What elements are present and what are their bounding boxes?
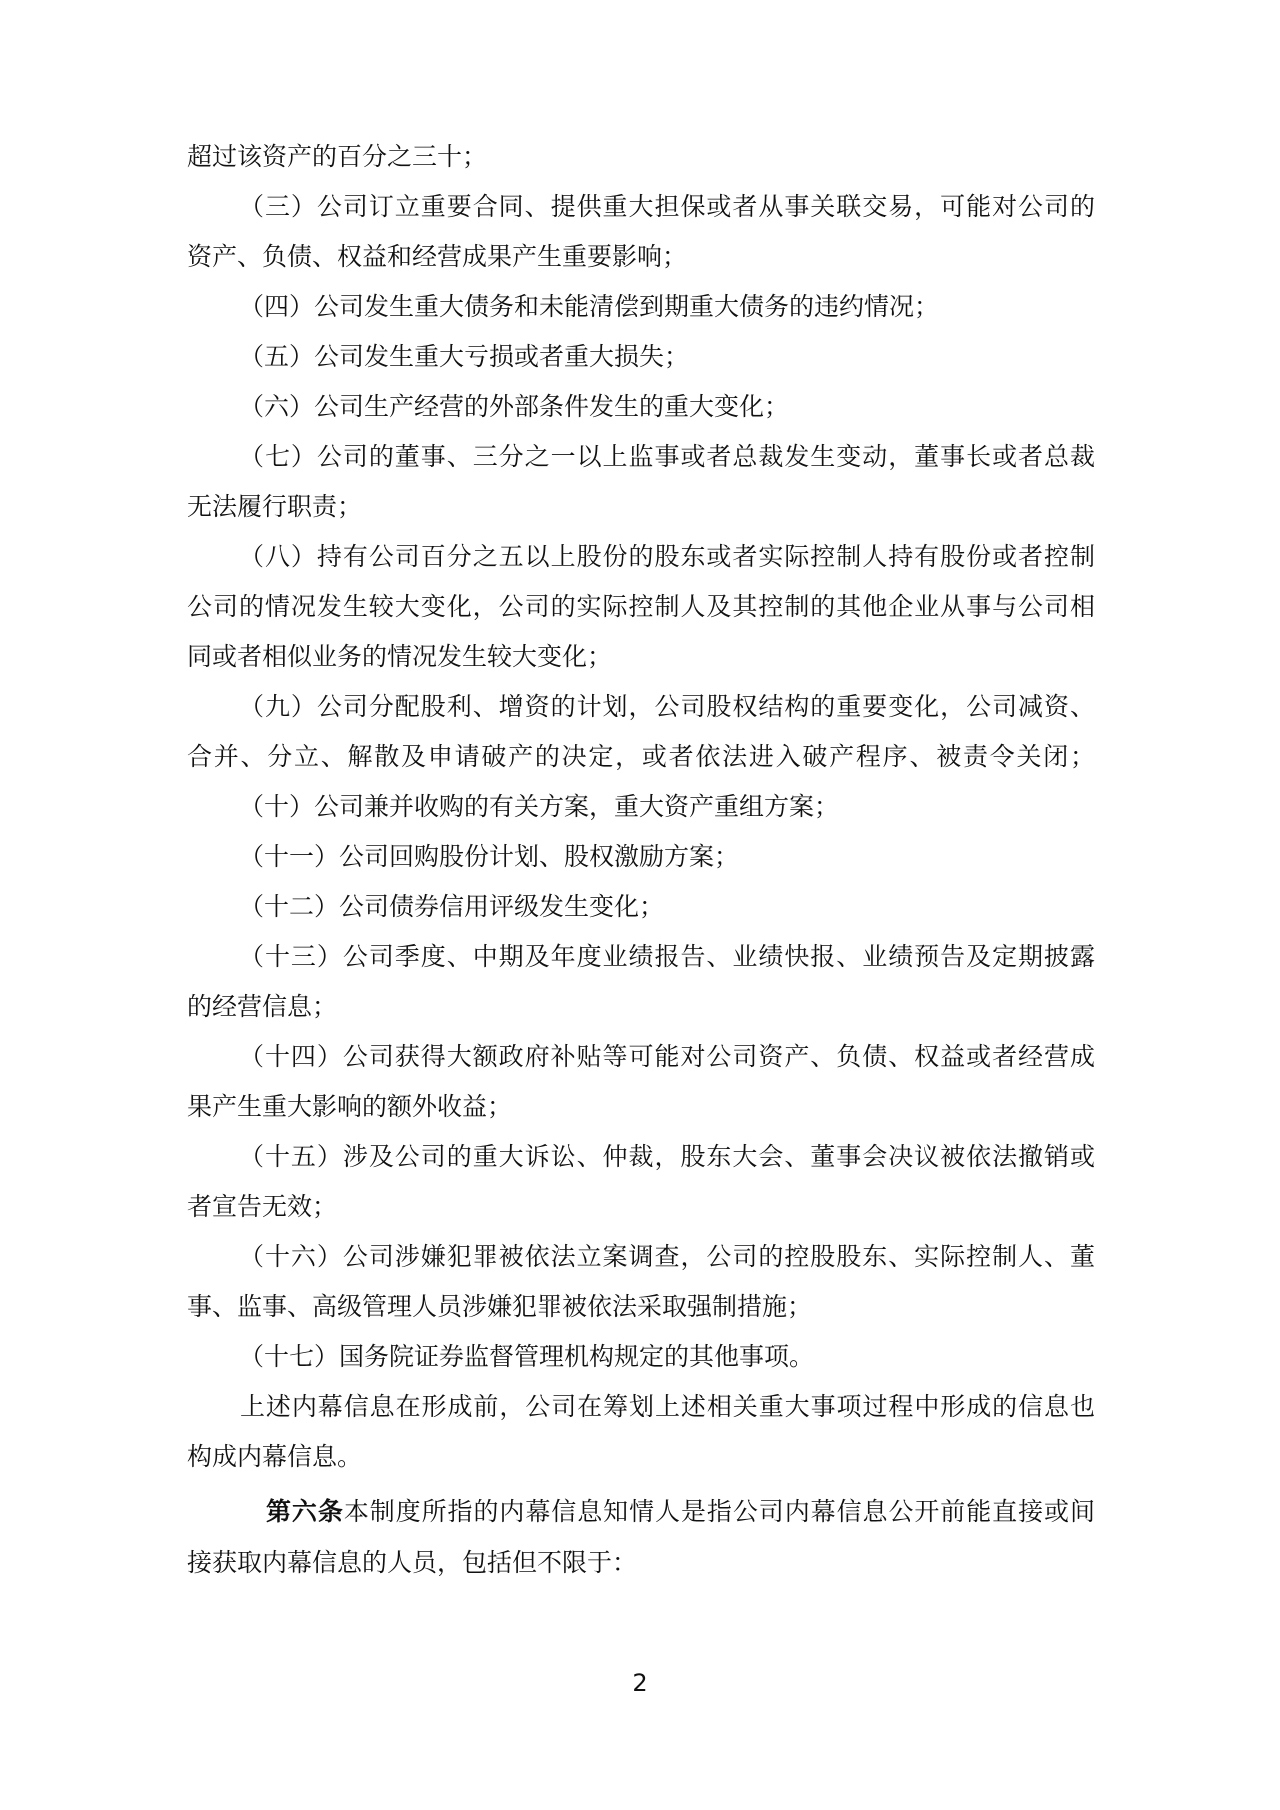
text-line: 同或者相似业务的情况发生较大变化；: [187, 632, 1095, 682]
document-body: 超过该资产的百分之三十；（三）公司订立重要合同、提供重大担保或者从事关联交易，可…: [187, 132, 1095, 1482]
article-6-text-line1: 本制度所指的内幕信息知情人是指公司内幕信息公开前能直接或间: [344, 1497, 1095, 1526]
article-6-label: 第六条: [266, 1497, 344, 1526]
article-6-first-line: 第六条本制度所指的内幕信息知情人是指公司内幕信息公开前能直接或间: [187, 1486, 1095, 1538]
document-page: 超过该资产的百分之三十；（三）公司订立重要合同、提供重大担保或者从事关联交易，可…: [0, 0, 1280, 1810]
text-line: （十二）公司债券信用评级发生变化；: [187, 882, 1095, 932]
text-line: 合并、分立、解散及申请破产的决定，或者依法进入破产程序、被责令关闭；: [187, 732, 1095, 782]
text-line: 公司的情况发生较大变化，公司的实际控制人及其控制的其他企业从事与公司相: [187, 582, 1095, 632]
text-line: 构成内幕信息。: [187, 1432, 1095, 1482]
text-line: （五）公司发生重大亏损或者重大损失；: [187, 332, 1095, 382]
text-line: 上述内幕信息在形成前，公司在筹划上述相关重大事项过程中形成的信息也: [187, 1382, 1095, 1432]
text-line: 果产生重大影响的额外收益；: [187, 1082, 1095, 1132]
text-line: （八）持有公司百分之五以上股份的股东或者实际控制人持有股份或者控制: [187, 532, 1095, 582]
text-line: （九）公司分配股利、增资的计划，公司股权结构的重要变化，公司减资、: [187, 682, 1095, 732]
text-line: （十六）公司涉嫌犯罪被依法立案调查，公司的控股股东、实际控制人、董: [187, 1232, 1095, 1282]
text-line: （十七）国务院证券监督管理机构规定的其他事项。: [187, 1332, 1095, 1382]
text-line: 超过该资产的百分之三十；: [187, 132, 1095, 182]
text-line: 资产、负债、权益和经营成果产生重要影响；: [187, 232, 1095, 282]
text-line: 无法履行职责；: [187, 482, 1095, 532]
text-line: 的经营信息；: [187, 982, 1095, 1032]
text-line: （七）公司的董事、三分之一以上监事或者总裁发生变动，董事长或者总裁: [187, 432, 1095, 482]
text-line: （十）公司兼并收购的有关方案，重大资产重组方案；: [187, 782, 1095, 832]
text-line: （十四）公司获得大额政府补贴等可能对公司资产、负债、权益或者经营成: [187, 1032, 1095, 1082]
article-6: 第六条本制度所指的内幕信息知情人是指公司内幕信息公开前能直接或间 接获取内幕信息…: [187, 1486, 1095, 1588]
text-line: 者宣告无效；: [187, 1182, 1095, 1232]
text-line: （十三）公司季度、中期及年度业绩报告、业绩快报、业绩预告及定期披露: [187, 932, 1095, 982]
text-line: （六）公司生产经营的外部条件发生的重大变化；: [187, 382, 1095, 432]
text-line: 事、监事、高级管理人员涉嫌犯罪被依法采取强制措施；: [187, 1282, 1095, 1332]
article-6-second-line: 接获取内幕信息的人员，包括但不限于：: [187, 1538, 1095, 1588]
page-number: 2: [0, 1668, 1280, 1698]
text-line: （四）公司发生重大债务和未能清偿到期重大债务的违约情况；: [187, 282, 1095, 332]
text-line: （十一）公司回购股份计划、股权激励方案；: [187, 832, 1095, 882]
text-line: （三）公司订立重要合同、提供重大担保或者从事关联交易，可能对公司的: [187, 182, 1095, 232]
text-line: （十五）涉及公司的重大诉讼、仲裁，股东大会、董事会决议被依法撤销或: [187, 1132, 1095, 1182]
